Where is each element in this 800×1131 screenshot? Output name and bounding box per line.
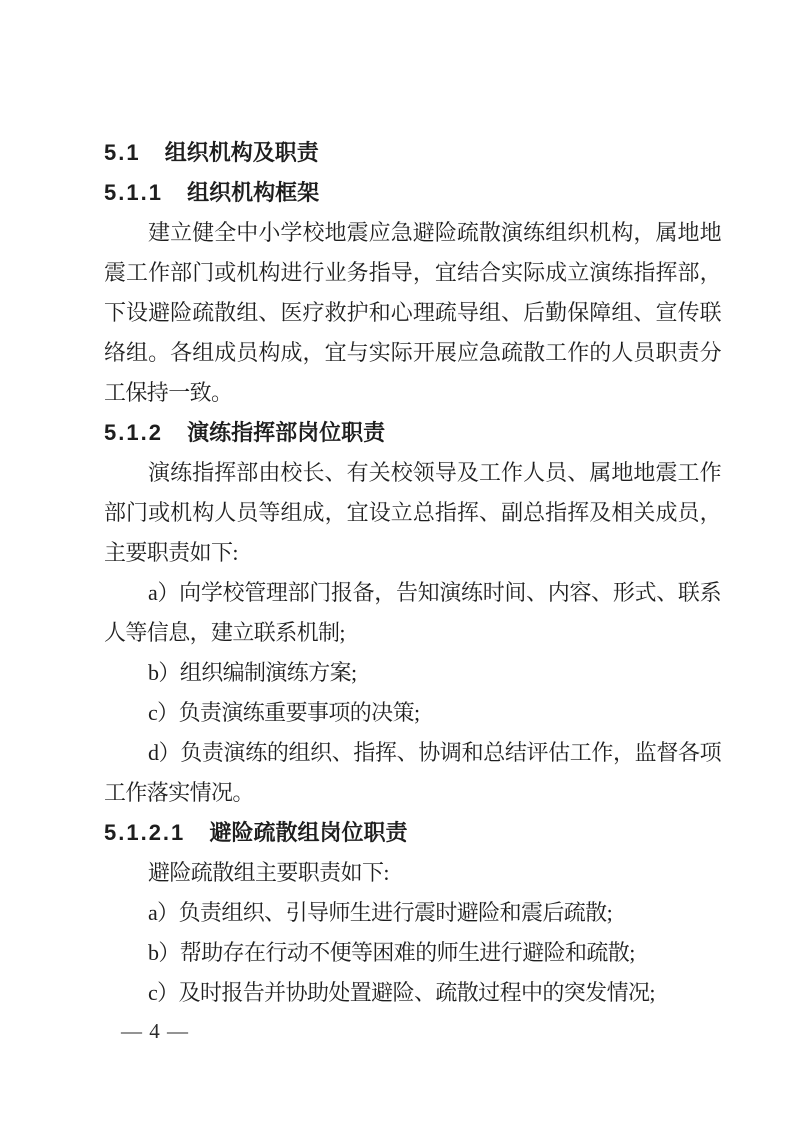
- document-content: 5.1组织机构及职责 5.1.1组织机构框架 建立健全中小学校地震应急避险疏散演…: [104, 133, 721, 1013]
- clause-title: 组织机构框架: [187, 180, 319, 205]
- clause-title: 避险疏散组岗位职责: [209, 820, 407, 845]
- heading-5-1-2-1: 5.1.2.1避险疏散组岗位职责: [104, 813, 721, 853]
- page-number: — 4 —: [121, 1011, 189, 1051]
- list-item-d-organize: d）负责演练的组织、指挥、协调和总结评估工作，监督各项工作落实情况。: [104, 733, 721, 813]
- clause-title: 组织机构及职责: [165, 140, 319, 165]
- list-item-c-incidents: c）及时报告并协助处置避险、疏散过程中的突发情况;: [104, 973, 721, 1013]
- document-page: 5.1组织机构及职责 5.1.1组织机构框架 建立健全中小学校地震应急避险疏散演…: [0, 0, 800, 1131]
- list-item-a-guide: a）负责组织、引导师生进行震时避险和震后疏散;: [104, 893, 721, 933]
- paragraph-evacuation-group-intro: 避险疏散组主要职责如下:: [104, 853, 721, 893]
- clause-title: 演练指挥部岗位职责: [187, 420, 385, 445]
- clause-number: 5.1.2: [104, 420, 163, 445]
- heading-5-1-2: 5.1.2演练指挥部岗位职责: [104, 413, 721, 453]
- paragraph-org-framework: 建立健全中小学校地震应急避险疏散演练组织机构，属地地震工作部门或机构进行业务指导…: [104, 213, 721, 413]
- heading-5-1-1: 5.1.1组织机构框架: [104, 173, 721, 213]
- list-item-b-assist: b）帮助存在行动不便等困难的师生进行避险和疏散;: [104, 933, 721, 973]
- paragraph-command-post: 演练指挥部由校长、有关校领导及工作人员、属地地震工作部门或机构人员等组成，宜设立…: [104, 453, 721, 573]
- list-item-c-decision: c）负责演练重要事项的决策;: [104, 693, 721, 733]
- clause-number: 5.1.1: [104, 180, 163, 205]
- clause-number: 5.1.2.1: [104, 820, 185, 845]
- list-item-b-plan: b）组织编制演练方案;: [104, 653, 721, 693]
- heading-5-1: 5.1组织机构及职责: [104, 133, 721, 173]
- clause-number: 5.1: [104, 140, 141, 165]
- list-item-a-report: a）向学校管理部门报备，告知演练时间、内容、形式、联系人等信息，建立联系机制;: [104, 573, 721, 653]
